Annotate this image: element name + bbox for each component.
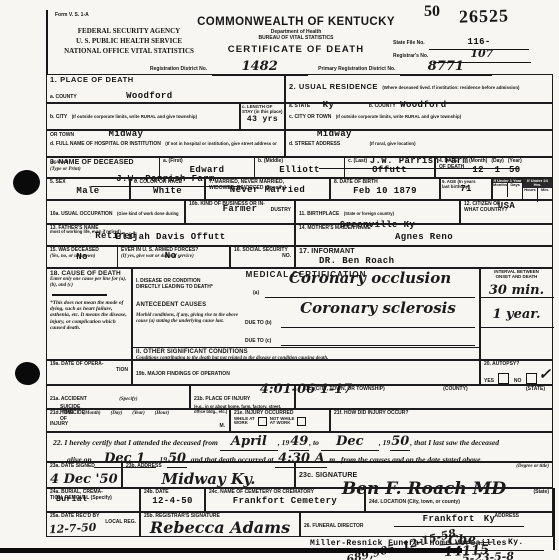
signature-label: 23c. SIGNATURE: [299, 472, 357, 479]
punch-hole-bottom: [14, 361, 41, 386]
name-title: 3. NAME OF DECEASED: [50, 159, 156, 167]
time-hour-label: (Hour): [155, 411, 169, 428]
burial-location-label: 24d. LOCATION (City, town, or county): [369, 499, 460, 505]
field-race: 6. COLOR OR RACE White: [130, 178, 205, 200]
field-time-of-injury: 21d. TIME OF INJURY (Month) (Day) (Year)…: [46, 409, 230, 432]
autopsy-no-checkbox: [526, 373, 537, 384]
field-injury-city: 21c. (CITY, TOWN, OR TOWNSHIP) (COUNTY) …: [295, 385, 553, 409]
while-at-work-label2: WORK: [234, 421, 255, 426]
certify-t2: , 19: [278, 438, 289, 447]
field-burial-date: 24b. DATE 12-4-50: [140, 488, 205, 512]
field-registrar-signature: 25b. REGISTRAR'S SIGNATURE Rebecca Adams: [140, 512, 300, 537]
agency-line-1: FEDERAL SECURITY AGENCY: [50, 26, 208, 36]
registration-district-label: Registration District No.: [150, 66, 207, 72]
cause-divider: [52, 294, 107, 296]
field-injury-occurred: 21e. INJURY OCCURRED WHILE AT WORK NOT W…: [230, 409, 330, 432]
annotation-note-4: 5-23-5-8: [462, 550, 515, 560]
field-date-of-death: 4. DATE OF DEATH (Month) 12 (Day) 1 (Yea…: [435, 157, 553, 178]
agency-block: FEDERAL SECURITY AGENCY U. S. PUBLIC HEA…: [50, 26, 208, 56]
certify-y2-value: 50: [391, 434, 409, 449]
dod-year-label: (Year): [508, 159, 522, 165]
field-sex: 5. SEX Male: [46, 178, 130, 200]
field-city-of-death: b. CITY (If outside corporate limits, wr…: [46, 103, 240, 130]
burial-date-value: 12-4-50: [144, 496, 201, 506]
time-day-label: (Day): [111, 411, 123, 428]
field-length-of-stay: c. LENGTH OF STAY (in this place) 43 yrs: [240, 103, 285, 130]
funeral-director-address-label: ADDRESS: [495, 514, 519, 520]
field-how-injury: 21f. HOW DID INJURY OCCUR?: [330, 409, 553, 432]
antecedent-note: Morbid conditions, if any, giving rise t…: [136, 313, 241, 325]
cause-title: 18. CAUSE OF DEATH: [50, 270, 128, 277]
field-cemetery: 24c. NAME OF CEMETERY OR CREMATORY Frank…: [205, 488, 365, 512]
how-injury-label: 21f. HOW DID INJURY OCCUR?: [334, 411, 549, 417]
not-while-label2: AT WORK: [270, 421, 295, 426]
field-middle-name: b. (Middle) Elliott: [255, 157, 345, 178]
last-name-value: Offutt: [348, 165, 431, 175]
dod-year-value: 50: [508, 165, 522, 175]
punch-hole-top: [11, 168, 41, 197]
time-year-label: (Year): [132, 411, 145, 428]
field-citizen: 12. CITIZEN OF WHAT COUNTRY? USA: [460, 200, 553, 224]
field-marital-status: 7. MARRIED, NEVER MARRIED, WIDOWED, DIVO…: [205, 178, 330, 200]
primary-district-value: 8771: [428, 59, 464, 74]
certify-to-value: Dec: [336, 434, 363, 449]
birthplace-label: 11. BIRTHPLACE: [299, 211, 339, 217]
registration-district-value: 1482: [242, 59, 278, 74]
field-street-address: d. STREET ADDRESS (If rural, give locati…: [285, 130, 553, 157]
interval-rule-1: [481, 297, 554, 298]
field-signature: 23c. SIGNATURE (Degree or title) Ben F. …: [295, 462, 553, 488]
certify-line-1: 22. I hereby certify that I attended the…: [53, 434, 546, 451]
disease-label2: DIRECTLY LEADING TO DEATH*: [136, 285, 251, 291]
dod-title: 4. DATE OF DEATH: [439, 159, 465, 175]
certify-y1-value: 49: [290, 434, 308, 449]
field-place-of-death: 1. PLACE OF DEATH a. COUNTY Woodford: [46, 74, 285, 103]
field-date-of-operation: 19a. DATE OF OPERA- TION: [46, 360, 132, 385]
name-note: (Type or Print): [50, 167, 156, 173]
dod-day-label: (Day): [491, 159, 504, 165]
interval-b-value: 1 year.: [492, 307, 540, 322]
field-age: 9. AGE (In years last birthday) 71: [440, 178, 492, 200]
hospital-label: d. FULL NAME OF HOSPITAL OR INSTITUTION: [50, 141, 161, 147]
field-age-subgrid: If Under 1 Year Months Days If Under 24 …: [492, 178, 553, 200]
title-block: COMMONWEALTH OF KENTUCKY Department of H…: [196, 16, 396, 55]
certify-no: 22.: [53, 438, 63, 447]
autopsy-yes-label: YES: [484, 378, 494, 384]
injury-state-label: (STATE): [526, 387, 545, 393]
scan-edge-strip: [0, 548, 462, 553]
street-label: d. STREET ADDRESS: [289, 141, 340, 147]
right-edge-rule: [553, 488, 555, 550]
field-interval-col: INTERVAL BETWEEN ONSET AND DEATH 30 min.…: [480, 268, 553, 360]
form-number: Form V. S. 1-A: [55, 13, 89, 19]
mother-value: Agnes Reno: [299, 232, 549, 242]
certify-t1: I hereby certify that I attended the dec…: [64, 438, 218, 447]
agency-line-3: NATIONAL OFFICE VITAL STATISTICS: [50, 46, 208, 56]
line-a-rule: Coronary occlusion: [265, 269, 475, 298]
father-value: Elijah Davis Offutt: [50, 232, 291, 242]
certify-from-value: April: [231, 434, 267, 449]
field-ssn: 16. SOCIAL SECURITY NO.: [230, 246, 295, 268]
autopsy-yes-checkbox: [498, 373, 509, 384]
middle-name-value: Elliott: [258, 165, 341, 175]
residence-city-label: c. CITY OR TOWN: [289, 114, 331, 120]
usual-residence-note: (Where deceased lived. If institution: r…: [382, 85, 519, 90]
autopsy-checkmark-icon: ✓: [538, 365, 551, 383]
residence-city-note: (If outside corporate limits, write RURA…: [336, 114, 461, 119]
interval-a-wrap: 30 min.: [481, 281, 552, 299]
field-mother-name: 14. MOTHER'S MAIDEN NAME Agnes Reno: [295, 224, 553, 246]
stay-label: c. LENGTH OF STAY (in this place): [242, 105, 283, 115]
dod-month-value: 12: [469, 165, 487, 175]
field-autopsy: 20. AUTOPSY? YES NO ✓: [480, 360, 553, 385]
race-value: White: [134, 186, 201, 196]
months-label: Months: [493, 183, 508, 197]
autopsy-no-label: NO: [514, 378, 522, 384]
street-note: (If rural, give location): [370, 141, 416, 146]
first-name-value: Edward: [163, 165, 251, 175]
op-date-label2: TION: [50, 368, 128, 374]
time-month-label: (Month): [83, 411, 100, 428]
stamp-year: 50: [424, 3, 440, 21]
sex-value: Male: [50, 186, 126, 196]
stamp-number: 26525: [459, 5, 510, 27]
cemetery-value: Frankfort Cemetery: [209, 496, 361, 506]
place-of-death-title: 1. PLACE OF DEATH: [50, 76, 281, 85]
county-value: Woodford: [126, 91, 172, 101]
ssn-label2: NO.: [234, 254, 291, 260]
field-informant: 17. INFORMANT DR. Ben Roach: [295, 246, 553, 268]
cause-a-value: Coronary occlusion: [289, 269, 451, 287]
funeral-director-state-value: Ky.: [508, 538, 524, 547]
field-burial-type: 24a. BURIAL, CREMA- TION, REMOVAL (Speci…: [46, 488, 140, 512]
field-business: 10b. KIND OF BUSINESS OR IN- DUSTRY Farm…: [185, 200, 295, 224]
field-burial-location: 24d. LOCATION (City, town, or county) (S…: [365, 488, 553, 512]
place-of-injury-label: 21b. PLACE OF INJURY: [194, 396, 250, 402]
accident-note: (Specify): [119, 397, 137, 402]
city-label: b. CITY: [50, 114, 67, 120]
address-value: Midway Ky.: [162, 470, 256, 488]
cause-footnote: *This does not mean the mode of dying, s…: [50, 300, 128, 331]
cause-note: Enter only one cause per line for (a), (…: [50, 277, 128, 289]
interval-rule-2: [481, 327, 554, 328]
interval-b-wrap: 1 year.: [481, 305, 552, 323]
certificate-title: CERTIFICATE OF DEATH: [196, 44, 396, 55]
dob-value: Feb 10 1879: [334, 186, 436, 196]
interval-a-value: 30 min.: [489, 283, 544, 298]
while-at-work-checkbox: [258, 417, 267, 426]
field-date-received: 25a. DATE REC'D BY LOCAL REG. 12-7-50: [46, 512, 140, 537]
days-label: Days: [508, 183, 522, 197]
primary-district-label: Primary Registration District No.: [318, 66, 395, 72]
field-occupation: 10a. USUAL OCCUPATION (Give kind of work…: [46, 200, 185, 224]
commonwealth-title: COMMONWEALTH OF KENTUCKY: [196, 16, 396, 28]
field-father-name: 13. FATHER'S NAME Elijah Davis Offutt: [46, 224, 295, 246]
field-birthplace: 11. BIRTHPLACE (State or foreign country…: [295, 200, 460, 224]
certify-t3: , to: [309, 438, 319, 447]
other-conditions-label: II. OTHER SIGNIFICANT CONDITIONS: [136, 349, 248, 356]
certify-t4: , 19: [379, 438, 390, 447]
field-name-title: 3. NAME OF DECEASED (Type or Print): [46, 157, 160, 178]
registrar-signature-value: Rebecca Adams: [150, 518, 290, 537]
occupation-label: 10a. USUAL OCCUPATION: [50, 211, 113, 217]
dod-day-value: 1: [491, 165, 504, 175]
field-accident-suicide: 21a. ACCIDENT (Specify) SUICIDE HOMICIDE: [46, 385, 190, 409]
interval-label2: ONSET AND DEATH: [481, 275, 552, 280]
left-margin-rule: [46, 10, 48, 74]
date-received-value: 12-7-50: [49, 521, 97, 536]
field-address: 23b. ADDRESS Midway Ky.: [122, 462, 295, 488]
signature-note: (Degree or title): [516, 464, 549, 470]
due-b-label: DUE TO (b): [245, 321, 272, 327]
agency-line-2: U. S. PUBLIC HEALTH SERVICE: [50, 36, 208, 46]
field-certify: 22. I hereby certify that I attended the…: [46, 432, 553, 462]
op-findings-label: 19b. MAJOR FINDINGS OF OPERATION: [136, 371, 230, 377]
death-certificate-scan: Form V. S. 1-A FEDERAL SECURITY AGENCY U…: [0, 0, 559, 560]
field-usual-residence: 2. USUAL RESIDENCE (Where deceased lived…: [285, 74, 553, 103]
certify-t5: , that I last saw the deceased: [410, 438, 499, 447]
line-c-rule: [281, 344, 475, 346]
field-last-name: c. (Last) Offutt: [345, 157, 435, 178]
time-m-label: M.: [219, 424, 225, 430]
other-conditions-divider: [133, 347, 481, 348]
field-date-of-birth: 8. DATE OF BIRTH Feb 10 1879: [330, 178, 440, 200]
due-c-label: DUE TO (c): [245, 339, 271, 345]
cause-b-value: Coronary sclerosis: [300, 299, 456, 317]
field-first-name: a. (First) Edward: [160, 157, 255, 178]
informant-value: DR. Ben Roach: [319, 256, 549, 266]
field-major-findings: 19b. MAJOR FINDINGS OF OPERATION 4:01-06…: [132, 360, 480, 385]
informant-label: 17. INFORMANT: [299, 248, 549, 256]
field-armed-forces: 15. WAS DECEASED (Yes, no, or unknown) N…: [46, 246, 118, 268]
field-hospital: d. FULL NAME OF HOSPITAL OR INSTITUTION …: [46, 130, 285, 157]
not-while-checkbox: [297, 417, 306, 426]
bureau-line: BUREAU OF VITAL STATISTICS: [196, 36, 396, 42]
injury-county-label: (COUNTY): [443, 387, 467, 393]
funeral-director-label: 26. FUNERAL DIRECTOR: [304, 523, 364, 529]
antecedent-label: ANTECEDENT CAUSES: [136, 302, 206, 309]
city-note: (If outside corporate limits, write RURA…: [72, 114, 197, 119]
usual-residence-title: 2. USUAL RESIDENCE: [289, 82, 378, 91]
field-residence-city: c. CITY OR TOWN (If outside corporate li…: [285, 103, 553, 130]
dod-month-label: (Month): [469, 159, 487, 165]
birthplace-note: (State or foreign country): [344, 211, 394, 216]
field-armed-forces-2: EVER IN U. S. ARMED FORCES? (If yes, giv…: [118, 246, 230, 268]
date-signed-value: 4 Dec '50: [50, 472, 118, 487]
stay-value: 43 yrs: [242, 115, 283, 124]
disease-label-block: I. DISEASE OR CONDITION DIRECTLY LEADING…: [136, 279, 251, 290]
time-of-injury-label3: INJURY: [50, 422, 73, 428]
field-place-of-injury: 21b. PLACE OF INJURY (e.g., in or about …: [190, 385, 295, 409]
burial-location-state-label: (State): [533, 490, 549, 496]
accident-label: 21a. ACCIDENT: [50, 396, 87, 402]
county-label: a. COUNTY: [50, 94, 77, 100]
field-medical-certification: MEDICAL CERTIFICATION I. DISEASE OR COND…: [132, 268, 480, 360]
line-a-label: (a): [253, 291, 259, 297]
injury-city-label: 21c. (CITY, TOWN, OR TOWNSHIP): [303, 387, 385, 393]
line-b-rule: Coronary sclerosis: [281, 299, 475, 328]
field-cause-of-death-col: 18. CAUSE OF DEATH Enter only one cause …: [46, 268, 132, 360]
field-date-signed: 23a. DATE SIGNED 4 Dec '50: [46, 462, 122, 488]
